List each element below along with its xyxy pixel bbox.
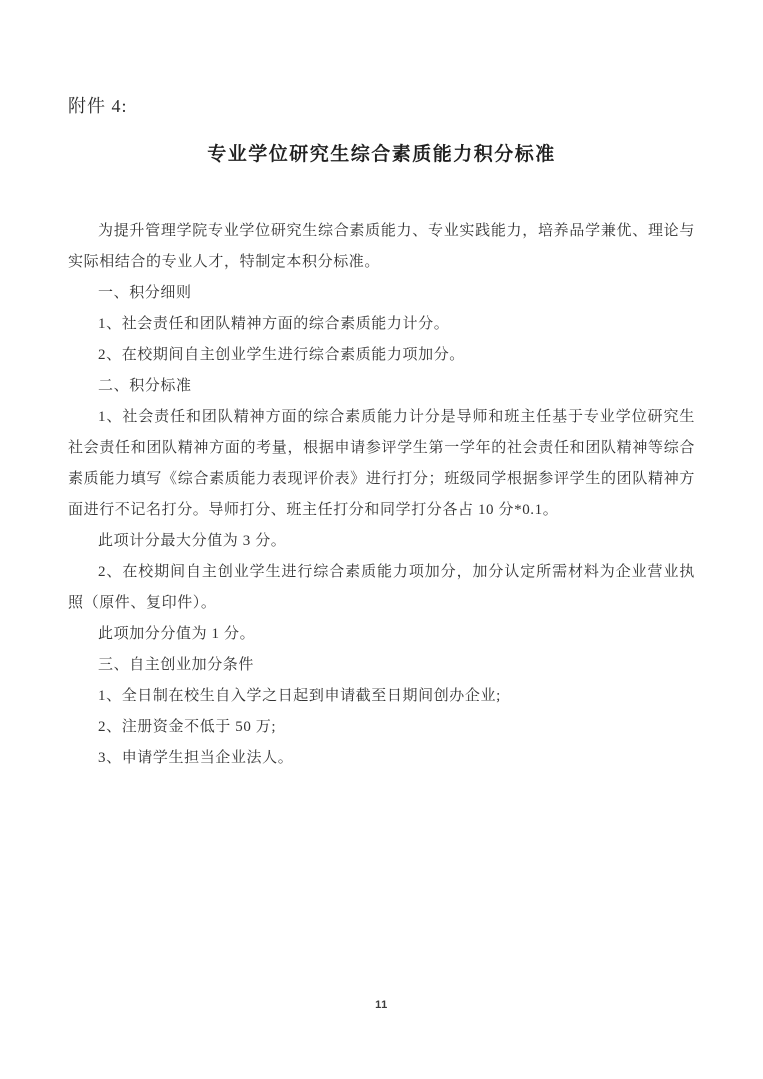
section-3-heading: 三、自主创业加分条件: [68, 650, 695, 681]
section-2-item-2: 2、在校期间自主创业学生进行综合素质能力项加分，加分认定所需材料为企业营业执照（…: [68, 557, 695, 619]
section-2-item-2-note: 此项加分分值为 1 分。: [68, 619, 695, 650]
document-title: 专业学位研究生综合素质能力积分标准: [0, 139, 763, 166]
section-3-item-1: 1、全日制在校生自入学之日起到申请截至日期间创办企业;: [68, 681, 695, 712]
intro-paragraph: 为提升管理学院专业学位研究生综合素质能力、专业实践能力，培养品学兼优、理论与实际…: [68, 216, 695, 278]
attachment-label: 附件 4:: [68, 92, 128, 118]
document-body: 为提升管理学院专业学位研究生综合素质能力、专业实践能力，培养品学兼优、理论与实际…: [68, 216, 695, 774]
document-page: 附件 4: 专业学位研究生综合素质能力积分标准 为提升管理学院专业学位研究生综合…: [0, 0, 763, 1079]
section-1-item-1: 1、社会责任和团队精神方面的综合素质能力计分。: [68, 309, 695, 340]
section-2-item-1-note: 此项计分最大分值为 3 分。: [68, 526, 695, 557]
section-3-item-2: 2、注册资金不低于 50 万;: [68, 712, 695, 743]
section-1-item-2: 2、在校期间自主创业学生进行综合素质能力项加分。: [68, 340, 695, 371]
page-number: 11: [0, 999, 763, 1011]
section-2-item-1: 1、社会责任和团队精神方面的综合素质能力计分是导师和班主任基于专业学位研究生社会…: [68, 402, 695, 526]
section-3-item-3: 3、申请学生担当企业法人。: [68, 743, 695, 774]
section-2-heading: 二、积分标准: [68, 371, 695, 402]
section-1-heading: 一、积分细则: [68, 278, 695, 309]
